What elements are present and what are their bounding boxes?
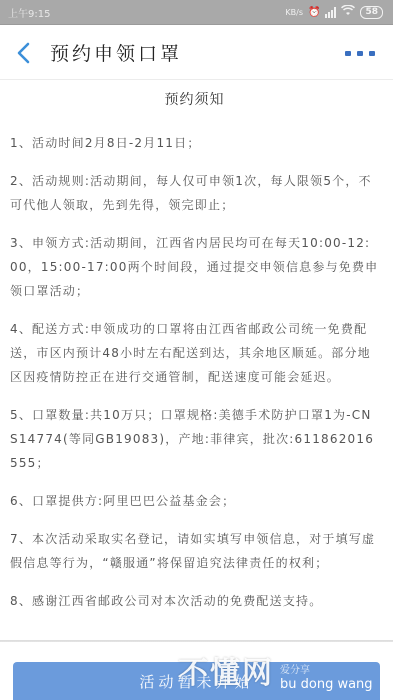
back-button[interactable] bbox=[0, 26, 46, 80]
notice-rule: 7、本次活动采取实名登记，请如实填写申领信息，对于填写虚假信息等行为，“赣服通”… bbox=[10, 527, 379, 575]
notice-content[interactable]: 预约须知 1、活动时间2月8日-2月11日； 2、活动规则:活动期间，每人仅可申… bbox=[0, 81, 393, 641]
more-dot bbox=[357, 51, 363, 56]
activity-status-button[interactable]: 活动暂未开始 bbox=[13, 662, 380, 700]
notice-rule: 6、口罩提供方:阿里巴巴公益基金会； bbox=[10, 489, 379, 513]
signal-icon bbox=[325, 7, 336, 18]
notice-rule: 4、配送方式:申领成功的口罩将由江西省邮政公司统一免费配送，市区内预计48小时左… bbox=[10, 317, 379, 389]
more-button[interactable] bbox=[345, 44, 375, 62]
alarm-icon: ⏰ bbox=[308, 7, 320, 18]
notice-title: 预约须知 bbox=[10, 89, 379, 109]
page-title: 预约申领口罩 bbox=[50, 39, 182, 66]
network-speed: KB/s bbox=[285, 8, 303, 17]
notice-rule: 2、活动规则:活动期间，每人仅可申领1次，每人限领5个，不可代他人领取，先到先得… bbox=[10, 169, 379, 217]
notice-rule: 1、活动时间2月8日-2月11日； bbox=[10, 131, 379, 155]
more-dots-icon bbox=[345, 51, 351, 56]
more-dot bbox=[369, 51, 375, 56]
wifi-icon bbox=[341, 5, 355, 19]
nav-bar: 预约申领口罩 bbox=[0, 26, 393, 80]
battery-icon: 58 bbox=[360, 6, 383, 19]
notice-rule: 5、口罩数量:共10万只；口罩规格:美德手术防护口罩1为-CNS14774(等同… bbox=[10, 403, 379, 475]
status-icons: KB/s ⏰ 58 bbox=[285, 5, 383, 19]
chevron-left-icon bbox=[16, 42, 30, 64]
notice-rule: 8、感谢江西省邮政公司对本次活动的免费配送支持。 bbox=[10, 589, 379, 613]
notice-rule: 3、申领方式:活动期间，江西省内居民均可在每天10:00-12:00，15:00… bbox=[10, 231, 379, 303]
status-bar: 上午9:15 KB/s ⏰ 58 bbox=[0, 0, 393, 25]
status-time: 上午9:15 bbox=[8, 5, 50, 20]
